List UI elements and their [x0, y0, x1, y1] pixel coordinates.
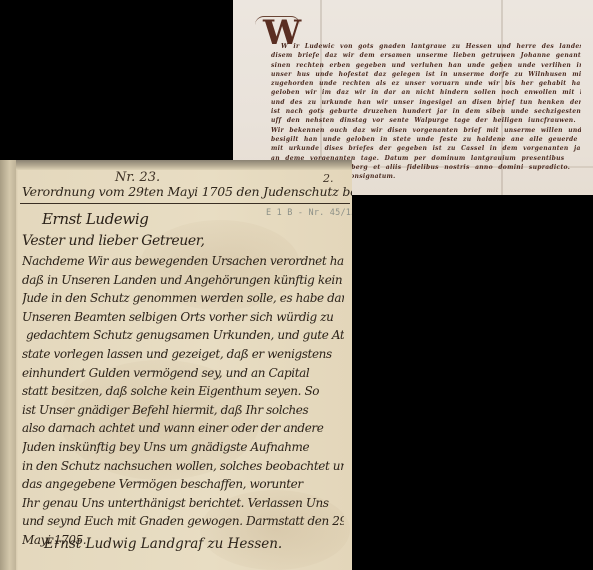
body-line: daß in Unseren Landen und Angehörungen k…	[22, 271, 344, 290]
charter-line: unser hus unde hofestat daz gelegen ist …	[271, 70, 581, 79]
signature: Ernst Ludwig Landgraf zu Hessen.	[44, 536, 282, 552]
heading-underline	[20, 203, 350, 204]
charter-line: disem briefe daz wir dem ersamen unserme…	[271, 51, 581, 60]
body-line: Ihr genau Uns unterthänigst berichtet. V…	[22, 494, 344, 513]
decree-body: Ernst Ludewig Vester und lieber Getreuer…	[22, 208, 344, 550]
body-line: einhundert Gulden vermögend sey, und an …	[22, 364, 344, 383]
charter-line: sinen rechten erben gegeben und verluhen…	[271, 61, 581, 70]
body-line: ist Unser gnädiger Befehl hiermit, daß I…	[22, 401, 344, 420]
charter-line: W ir Ludewic von gots gnaden lantgraue z…	[271, 42, 581, 51]
charter-line: besigilt han unde geloben in stete unde …	[271, 135, 581, 144]
body-line: also darnach achtet und wann einer oder …	[22, 419, 344, 438]
salutation-recipient: Vester und lieber Getreuer,	[22, 230, 344, 252]
charter-line: zugehorden unde rechten als ez unser vor…	[271, 79, 581, 88]
body-line: state vorlegen lassen und gezeiget, daß …	[22, 345, 344, 364]
decree-heading: Verordnung vom 29ten Mayi 1705 den Juden…	[22, 184, 352, 199]
salutation-sender: Ernst Ludewig	[22, 208, 344, 230]
body-line: und seynd Euch mit Gnaden gewogen. Darms…	[22, 512, 344, 531]
body-line: das angegebene Vermögen beschaffen, woru…	[22, 475, 344, 494]
body-line: Jude in den Schutz genommen werden solle…	[22, 289, 344, 308]
charter-line: geloben wir im daz wir in dar an nicht h…	[271, 88, 581, 97]
body-line: statt besitzen, daß solche kein Eigenthu…	[22, 382, 344, 401]
body-line: Juden inskünftig bey Uns um gnädigste Au…	[22, 438, 344, 457]
charter-line: uff den nehsten dinstag vor sente Walpur…	[271, 116, 581, 125]
body-line: gedachtem Schutz genugsamen Urkunden, un…	[22, 326, 344, 345]
page-top-edge	[16, 160, 352, 170]
handwritten-decree: Nr. 23. 2. Verordnung vom 29ten Mayi 170…	[0, 160, 352, 570]
charter-line: und des zu urkunde han wir unser ingesig…	[271, 98, 581, 107]
body-line: in den Schutz nachsuchen wollen, solches…	[22, 457, 344, 476]
charter-line: mit urkunde dises briefes der gegeben is…	[271, 144, 581, 153]
book-gutter	[0, 160, 16, 570]
document-number: Nr. 23.	[115, 170, 160, 185]
body-line: Unseren Beamten selbigen Orts vorher sic…	[22, 308, 344, 327]
body-line: Nachdeme Wir aus bewegenden Ursachen ver…	[22, 252, 344, 271]
charter-line: ist nach gots geburte druzehen hundert j…	[271, 107, 581, 116]
charter-line: Wir bekennen ouch daz wir disen vorgenan…	[271, 126, 581, 135]
